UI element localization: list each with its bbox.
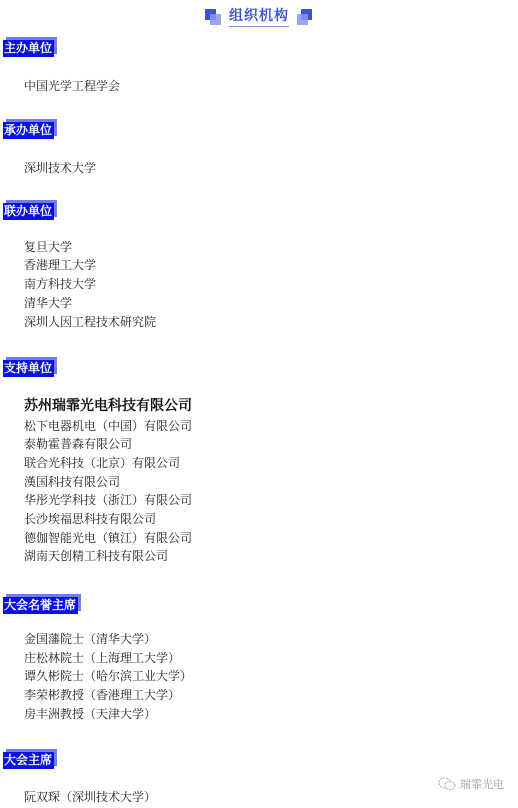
list-item: 香港理工大学 <box>24 257 96 273</box>
section-label-co-organizer: 联办单位 <box>3 203 54 220</box>
list-item: 李荣彬教授（香港理工大学） <box>24 687 180 703</box>
list-item: 复旦大学 <box>24 239 72 255</box>
list-item: 德伽智能光电（镇江）有限公司 <box>24 530 192 546</box>
list-item: 金国藩院士（清华大学） <box>24 631 156 647</box>
watermark: 瑞霏光电 <box>438 776 504 792</box>
list-item: 联合光科技（北京）有限公司 <box>24 455 180 471</box>
list-item: 泰勒霍普森有限公司 <box>24 436 132 452</box>
list-item: 阮双琛（深圳技术大学） <box>24 789 156 805</box>
square-decoration-icon <box>297 7 313 25</box>
square-decoration-icon <box>205 7 221 25</box>
list-item: 湖南天创精工科技有限公司 <box>24 548 168 564</box>
list-item: 庄松林院士（上海理工大学） <box>24 650 180 666</box>
list-item: 华彤光学科技（浙江）有限公司 <box>24 492 192 508</box>
list-item: 长沙埃福思科技有限公司 <box>24 511 156 527</box>
list-item: 松下电器机电（中国）有限公司 <box>24 418 192 434</box>
highlight-item: 苏州瑞霏光电科技有限公司 <box>24 397 192 415</box>
list-item: 漢国科技有限公司 <box>24 474 120 490</box>
list-item: 清华大学 <box>24 295 72 311</box>
section-label-organizer: 承办单位 <box>3 122 54 139</box>
section-label-honorary-chair: 大会名誉主席 <box>3 597 78 614</box>
list-item: 中国光学工程学会 <box>24 78 120 94</box>
page-title: 组织机构 <box>229 5 289 27</box>
list-item: 深圳技术大学 <box>24 160 96 176</box>
wechat-icon <box>438 777 456 791</box>
section-label-host: 主办单位 <box>3 40 54 57</box>
list-item: 深圳人因工程技术研究院 <box>24 314 156 330</box>
watermark-text: 瑞霏光电 <box>460 776 504 792</box>
list-item: 房丰洲教授（天津大学） <box>24 706 156 722</box>
section-title-bar: 组织机构 <box>0 4 518 28</box>
section-label-chair: 大会主席 <box>3 752 54 769</box>
list-item: 南方科技大学 <box>24 276 96 292</box>
section-label-supporter: 支持单位 <box>3 360 54 377</box>
list-item: 谭久彬院士（哈尔滨工业大学） <box>24 668 192 684</box>
